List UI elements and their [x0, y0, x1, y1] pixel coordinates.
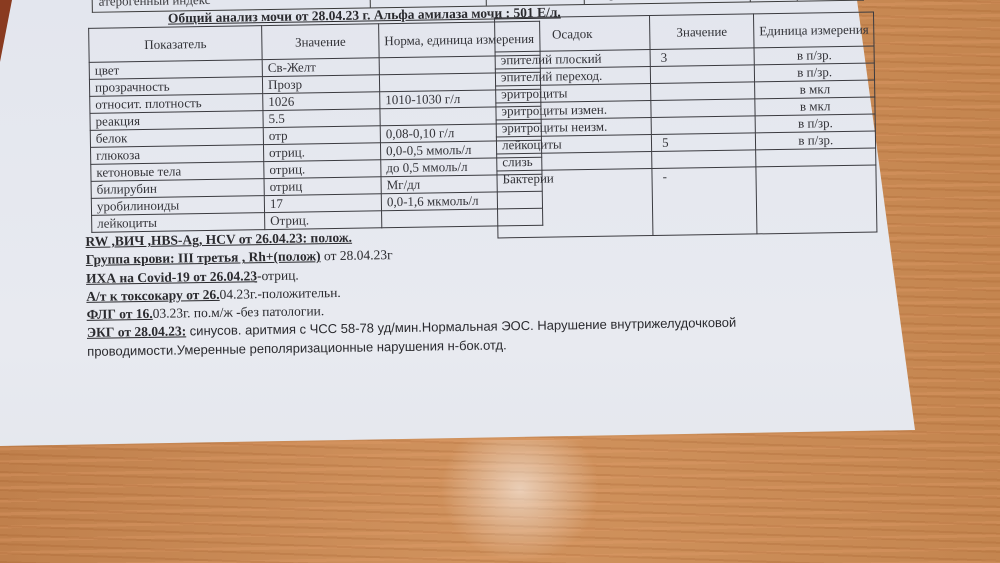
- row-value: 1026: [263, 92, 380, 111]
- result-heading: ФЛГ от 16.: [87, 306, 153, 322]
- urinalysis-header: Значение: [262, 24, 380, 60]
- prev-right-label: натрий ионизированный: [585, 0, 751, 4]
- additional-results: RW ,ВИЧ ,HBS-Ag, HCV от 26.04.23: полож.…: [85, 223, 736, 361]
- row-unit: в п/зр.: [755, 131, 876, 150]
- row-value: отр: [263, 126, 380, 145]
- row-value: [652, 150, 756, 169]
- result-text: 03.23г. по.м/ж -без патологии.: [153, 303, 325, 321]
- row-value: 17: [264, 194, 381, 213]
- row-value: Прозр: [262, 75, 379, 94]
- result-heading: RW ,ВИЧ ,HBS-Ag, HCV от 26.04.23: полож.: [85, 230, 352, 249]
- row-value: [651, 82, 755, 101]
- row-unit: [756, 148, 877, 167]
- sediment-header: Единица измерения: [753, 12, 874, 48]
- row-unit: в мкл: [755, 97, 876, 116]
- row-value: отриц.: [263, 143, 380, 162]
- sediment-header: Значение: [650, 14, 755, 50]
- result-heading: ЭКГ от 28.04.23:: [87, 324, 186, 341]
- urinalysis-header: Показатель: [89, 26, 263, 63]
- row-unit: в п/зр.: [755, 114, 876, 133]
- row-value: отриц: [264, 177, 381, 196]
- result-heading: А/т к токсокару от 26.: [86, 287, 220, 304]
- row-unit: в п/зр.: [754, 63, 875, 82]
- row-value: Отриц.: [265, 211, 382, 230]
- row-value: 3: [650, 48, 754, 67]
- document-content: атерогенный индекс натрий ионизированный…: [0, 0, 1000, 563]
- row-unit: в мкл: [755, 80, 876, 99]
- row-value: 5.5: [263, 109, 380, 128]
- urinalysis-table: ПоказательЗначениеНорма, единица измерен…: [88, 21, 543, 233]
- result-heading: Группа крови: III третья , Rh+(полож): [86, 249, 321, 268]
- row-unit: [756, 165, 878, 234]
- row-unit: в п/зр.: [754, 46, 875, 65]
- result-heading: ИХА на Covid-19 от 26.04.23: [86, 268, 257, 286]
- sediment-table: ОсадокЗначениеЕдиница измерения эпителий…: [494, 12, 878, 239]
- row-value: [651, 116, 755, 135]
- row-label: лейкоциты: [92, 213, 265, 233]
- result-text: -отриц.: [257, 267, 299, 283]
- row-value: [651, 99, 755, 118]
- row-value: [650, 65, 754, 84]
- prev-right-unit: ммоль/л: [797, 0, 863, 1]
- prev-right-value: 1.12: [750, 0, 797, 1]
- row-value: 5: [651, 133, 755, 152]
- sediment-header: Осадок: [495, 16, 651, 52]
- row-value: Св-Желт: [262, 58, 379, 77]
- row-value: отриц.: [264, 160, 381, 179]
- result-text: от 28.04.23г: [320, 247, 392, 263]
- result-text: 04.23г.-положительн.: [219, 285, 340, 302]
